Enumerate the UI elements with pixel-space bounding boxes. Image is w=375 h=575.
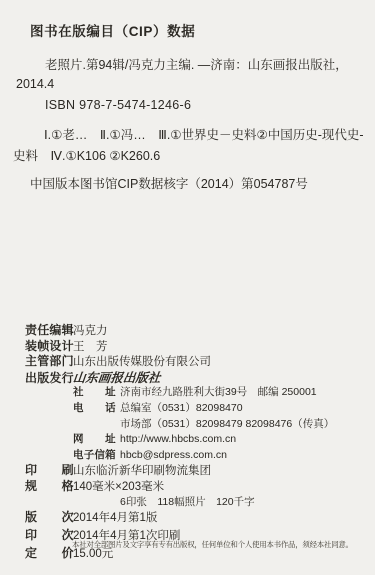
address-value: 济南市经九路胜利大街39号 邮编 250001 bbox=[120, 385, 317, 401]
copyright-notice: 本社对全部图片及文字享有专有出版权，任何单位和个人使用本书作品，须经本社同意。 bbox=[72, 539, 353, 550]
email-row: 电子信箱 hbcb@sdpress.com.cn bbox=[25, 448, 365, 464]
copyright-page: 图书在版编目（CIP）数据 老照片.第94辑/冯克力主编. —济南：山东画报出版… bbox=[0, 0, 375, 575]
editor-row: 责任编辑 冯克力 bbox=[25, 323, 365, 339]
designer-value: 王 芳 bbox=[73, 340, 108, 356]
printer-label: 印 刷 bbox=[25, 463, 72, 479]
supervisor-value: 山东出版传媒股份有限公司 bbox=[73, 355, 211, 371]
printer-row: 印 刷 山东临沂新华印刷物流集团 bbox=[25, 463, 365, 479]
phone-value2: 市场部（0531）82098479 82098476（传真） bbox=[120, 417, 334, 433]
address-row: 社 址 济南市经九路胜利大街39号 邮编 250001 bbox=[25, 385, 365, 401]
cip-classification-line2: 史料 Ⅳ.①K106 ②K260.6 bbox=[13, 146, 160, 164]
format-row: 规 格 140毫米×203毫米 bbox=[25, 479, 365, 495]
designer-row: 装帧设计 王 芳 bbox=[25, 339, 365, 355]
phone-value: 总编室（0531）82098470 bbox=[120, 401, 243, 417]
cip-header: 图书在版编目（CIP）数据 bbox=[30, 20, 195, 40]
editor-value: 冯克力 bbox=[73, 324, 108, 340]
cip-title-line: 老照片.第94辑/冯克力主编. —济南：山东画报出版社， bbox=[45, 55, 348, 73]
phone-row: 电 话 总编室（0531）82098470 bbox=[25, 401, 365, 417]
format-row-continuation: 电子信箱 6印张 118幅照片 120千字 bbox=[25, 495, 365, 511]
cip-record-number: 中国版本图书馆CIP数据核字（2014）第054787号 bbox=[30, 174, 308, 192]
editor-label: 责任编辑 bbox=[25, 323, 72, 339]
printer-value: 山东临沂新华印刷物流集团 bbox=[73, 464, 211, 480]
publisher-logotype: 山东画报出版社 bbox=[72, 370, 161, 386]
cip-title-line-continuation: 2014.4 bbox=[16, 77, 54, 91]
website-row: 网 址 http://www.hbcbs.com.cn bbox=[25, 432, 365, 448]
publisher-label: 出版发行 bbox=[25, 371, 72, 387]
publisher-row: 出版发行 山东画报出版社 bbox=[25, 370, 365, 386]
supervisor-row: 主管部门 山东出版传媒股份有限公司 bbox=[25, 354, 365, 370]
colophon-block: 责任编辑 冯克力 装帧设计 王 芳 主管部门 山东出版传媒股份有限公司 出版发行… bbox=[25, 323, 365, 563]
format-label: 规 格 bbox=[25, 479, 72, 495]
email-value: hbcb@sdpress.com.cn bbox=[120, 448, 227, 464]
edition-row: 版 次 2014年4月第1版 bbox=[25, 510, 365, 526]
website-label: 网 址 bbox=[73, 432, 114, 448]
address-label: 社 址 bbox=[73, 385, 114, 401]
impression-label: 印 次 bbox=[25, 526, 72, 545]
format-value: 140毫米×203毫米 bbox=[73, 480, 164, 496]
phone-row-continuation: 电 话 市场部（0531）82098479 82098476（传真） bbox=[25, 417, 365, 433]
edition-value: 2014年4月第1版 bbox=[73, 511, 157, 527]
website-value: http://www.hbcbs.com.cn bbox=[120, 432, 236, 448]
designer-label: 装帧设计 bbox=[25, 339, 72, 355]
phone-label: 电 话 bbox=[73, 401, 114, 417]
supervisor-label: 主管部门 bbox=[25, 354, 72, 370]
email-label: 电子信箱 bbox=[73, 448, 114, 464]
format-value2: 6印张 118幅照片 120千字 bbox=[120, 495, 255, 511]
edition-label: 版 次 bbox=[25, 510, 72, 526]
cip-classification-line1: Ⅰ.①老… Ⅱ.①冯… Ⅲ.①世界史－史料②中国历史-现代史- bbox=[44, 125, 364, 143]
price-label: 定 价 bbox=[25, 544, 72, 563]
isbn-number: ISBN 978-7-5474-1246-6 bbox=[45, 98, 191, 112]
